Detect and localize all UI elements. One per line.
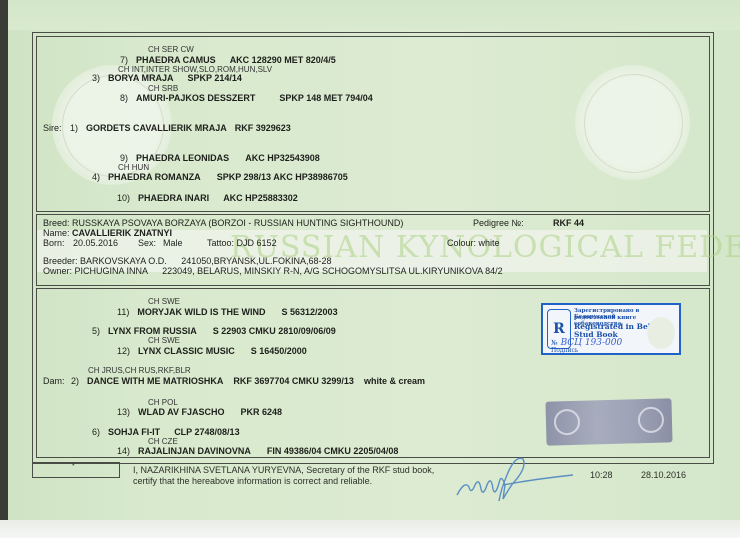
stamp-damage xyxy=(647,317,675,349)
ancestor-registration: SPKP 298/13 AKC HP38986705 xyxy=(217,172,348,182)
ancestor-titles: CH SER CW xyxy=(148,45,194,54)
ancestor-registration: S 22903 CMKU 2810/09/06/09 xyxy=(213,326,336,336)
certification-line-2: certify that the hereabove information i… xyxy=(133,476,372,486)
tattoo-value: DJD 6152 xyxy=(237,238,277,248)
ancestor-5: 5)LYNX FROM RUSSIAS 22903 CMKU 2810/09/0… xyxy=(92,326,336,336)
ancestor-registration: S 56312/2003 xyxy=(282,307,338,317)
ancestor-3: 3)BORYA MRAJASPKP 214/14 xyxy=(92,73,242,83)
ancestor-11: 11)MORYJAK WILD IS THE WINDS 56312/2003 xyxy=(117,307,338,317)
pedigree-certificate: RUSSIAN KYNOLOGICAL FEDERATION CH SER CW… xyxy=(0,0,740,538)
dam-name: DANCE WITH ME MATRIOSHKA xyxy=(87,376,223,386)
ancestor-registration: AKC HP25883302 xyxy=(223,193,298,203)
dam-label: Dam: xyxy=(43,376,65,386)
pedigree-number-label: Pedigree №: xyxy=(473,218,524,228)
stamp-cell xyxy=(32,462,120,478)
ancestor-titles: CH SWE xyxy=(148,336,180,345)
ancestor-registration: SPKP 148 MET 794/04 xyxy=(279,93,372,103)
paper-top-band xyxy=(0,0,740,30)
ancestor-name: PHAEDRA LEONIDAS xyxy=(136,153,229,163)
stamp-signature-label: Подпись xyxy=(551,347,578,354)
ancestor-registration: PKR 6248 xyxy=(241,407,283,417)
sex-label: Sex: xyxy=(138,238,156,248)
breeder-name: BARKOVSKAYA O.D. xyxy=(80,256,167,266)
sire-registration: RKF 3929623 xyxy=(235,123,291,133)
name-line: Name: CAVALLIERIK ZNATNYI xyxy=(43,228,172,238)
ancestor-titles: CH SWE xyxy=(148,297,180,306)
ancestor-6: 6)SOHJA FI-ITCLP 2748/08/13 xyxy=(92,427,240,437)
sleeve-edge xyxy=(0,520,740,538)
hologram-circle-icon xyxy=(554,409,581,436)
ancestor-10: 10)PHAEDRA INARIAKC HP25883302 xyxy=(117,193,298,203)
ancestor-name: AMURI-PAJKOS DESSZERT xyxy=(136,93,255,103)
ancestor-name: RAJALINJAN DAVINOVNA xyxy=(138,446,251,456)
certification-line-1: I, NAZARIKHINA SVETLANA YURYEVNA, Secret… xyxy=(133,465,434,475)
dam-registration: RKF 3697704 CMKU 3299/13 xyxy=(233,376,354,386)
dam-titles: CH JRUS,CH RUS,RKF,BLR xyxy=(88,366,191,375)
ancestor-registration: FIN 49386/04 CMKU 2205/04/08 xyxy=(267,446,399,456)
breed-label: Breed: xyxy=(43,218,70,228)
ancestor-registration: AKC HP32543908 xyxy=(245,153,320,163)
ancestor-8: 8)AMURI-PAJKOS DESSZERTSPKP 148 MET 794/… xyxy=(120,93,373,103)
ancestor-registration: CLP 2748/08/13 xyxy=(174,427,239,437)
colour-line: Colour: white xyxy=(447,238,500,248)
ancestor-titles: CH HUN xyxy=(118,163,149,172)
ancestor-name: WLAD AV FJASCHO xyxy=(138,407,225,417)
ancestor-registration: SPKP 214/14 xyxy=(188,73,242,83)
ancestor-name: SOHJA FI-IT xyxy=(108,427,160,437)
ancestor-12: 12)LYNX CLASSIC MUSICS 16450/2000 xyxy=(117,346,307,356)
sex-value: Male xyxy=(163,238,183,248)
stamp-cell-mark: * xyxy=(72,463,75,470)
name-label: Name: xyxy=(43,228,70,238)
ancestor-14: 14)RAJALINJAN DAVINOVNAFIN 49386/04 CMKU… xyxy=(117,446,398,456)
ancestor-13: 13)WLAD AV FJASCHOPKR 6248 xyxy=(117,407,282,417)
ancestor-titles: CH SRB xyxy=(148,84,178,93)
breed-line: Breed: RUSSKAYA PSOVAYA BORZAYA (BORZOI … xyxy=(43,218,403,228)
ancestor-name: LYNX CLASSIC MUSIC xyxy=(138,346,235,356)
secretary-signature xyxy=(455,455,575,505)
dam-colour: white & cream xyxy=(364,376,425,386)
scan-edge xyxy=(0,0,8,538)
ancestor-4: 4)PHAEDRA ROMANZASPKP 298/13 AKC HP38986… xyxy=(92,172,348,182)
ancestor-name: PHAEDRA INARI xyxy=(138,193,209,203)
breeder-line: Breeder: BARKOVSKAYA O.D. 241050,BRYANSK… xyxy=(43,256,332,266)
ancestor-titles: CH POL xyxy=(148,398,178,407)
dog-name: CAVALLIERIK ZNATNYI xyxy=(72,228,172,238)
ancestor-titles: CH CZE xyxy=(148,437,178,446)
certification-time: 10:28 xyxy=(590,470,613,480)
sire-line: Sire: 1)GORDETS CAVALLIERIK MRAJARKF 392… xyxy=(43,123,291,133)
born-label: Born: xyxy=(43,238,65,248)
colour-value: white xyxy=(479,238,500,248)
belarus-registration-stamp: R Зарегистрировано в Белорусской родосло… xyxy=(541,303,681,355)
sire-label: Sire: xyxy=(43,123,62,133)
owner-address: 223049, BELARUS, MINSKIY R-N, A/G SCHOGO… xyxy=(162,266,503,276)
ancestor-name: LYNX FROM RUSSIA xyxy=(108,326,197,336)
pedigree-number: RKF 44 xyxy=(553,218,584,228)
sire-name: GORDETS CAVALLIERIK MRAJA xyxy=(86,123,227,133)
tattoo-line: Tattoo: DJD 6152 xyxy=(207,238,277,248)
ancestor-name: BORYA MRAJA xyxy=(108,73,174,83)
ancestor-registration: AKC 128290 MET 820/4/5 xyxy=(230,55,336,65)
owner-line: Owner: PICHUGINA INNA 223049, BELARUS, M… xyxy=(43,266,503,276)
ancestor-registration: S 16450/2000 xyxy=(251,346,307,356)
born-date: 20.05.2016 xyxy=(73,238,118,248)
ancestor-name: MORYJAK WILD IS THE WIND xyxy=(137,307,265,317)
ancestor-9: 9)PHAEDRA LEONIDASAKC HP32543908 xyxy=(120,153,320,163)
breeder-address: 241050,BRYANSK,UL.FOKINA,68-28 xyxy=(181,256,331,266)
hologram-circle-icon xyxy=(638,407,665,434)
ancestor-name: PHAEDRA CAMUS xyxy=(136,55,216,65)
breed-value: RUSSKAYA PSOVAYA BORZAYA (BORZOI - RUSSI… xyxy=(72,218,403,228)
hologram-sticker xyxy=(545,398,672,445)
owner-name: PICHUGINA INNA xyxy=(75,266,148,276)
certification-date: 28.10.2016 xyxy=(641,470,686,480)
ancestor-name: PHAEDRA ROMANZA xyxy=(108,172,201,182)
dam-line: Dam: 2)DANCE WITH ME MATRIOSHKARKF 36977… xyxy=(43,376,425,386)
ancestor-7: 7)PHAEDRA CAMUSAKC 128290 MET 820/4/5 xyxy=(120,55,336,65)
